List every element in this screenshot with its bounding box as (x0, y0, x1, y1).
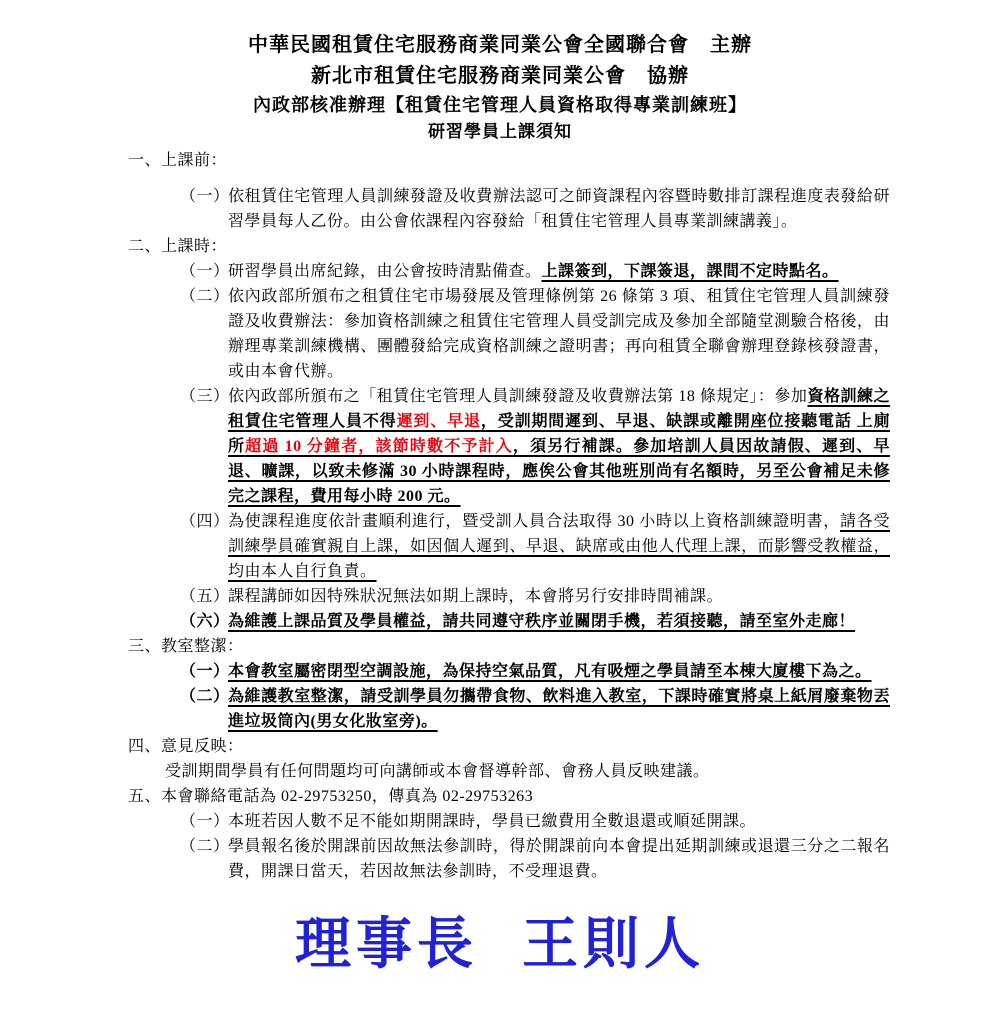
item-text: 學員報名後於開課前因故無法參訓時，得於開課前向本會提出延期訓練或退還三分之二報名… (228, 834, 890, 884)
text-segment: 課程講師如因特殊狀況無法如期上課時，本會將另行安排時間補課。 (228, 588, 723, 605)
section: 一、上課前：（一）依租賃住宅管理人員訓練發證及收費辦法認可之師資課程內容暨時數排… (0, 148, 1000, 234)
item-number: （二） (180, 834, 228, 884)
signature-title: 理事長 (295, 914, 478, 976)
text-segment: 依租賃住宅管理人員訓練發證及收費辦法認可之師資課程內容暨時數排訂課程進度表發給研… (228, 188, 890, 230)
section-paragraph: 受訓期間學員有任何問題均可向講師或本會督導幹部、會務人員反映建議。 (165, 759, 865, 784)
item-number: （三） (180, 384, 228, 509)
section: 四、意見反映：受訓期間學員有任何問題均可向講師或本會督導幹部、會務人員反映建議。 (0, 734, 1000, 784)
section-title: 教室整潔： (161, 638, 244, 655)
text-segment: 學員報名後於開課前因故無法參訓時，得於開課前向本會提出延期訓練或退還三分之二報名… (228, 838, 890, 880)
section-label: 四、 (128, 738, 161, 755)
item-text: 本班若因人數不足不能如期開課時，學員已繳費用全數退還或順延開課。 (228, 809, 890, 834)
item-number: （五） (180, 584, 228, 609)
text-segment: 依內政部所頒布之租賃住宅市場發展及管理條例第 26 條第 3 項、租賃住宅管理人… (228, 288, 890, 380)
text-segment: 研習學員出席紀錄，由公會按時清點備查。 (228, 263, 542, 280)
item-number: （二） (180, 284, 228, 384)
approved-class-title: 內政部核准辦理【租賃住宅管理人員資格取得專業訓練班】 (0, 92, 1000, 119)
text-segment: 為使課程進度依計畫順利進行，暨受訓人員合法取得 30 小時以上資格訓練證明書， (228, 513, 840, 530)
section-label: 三、 (128, 638, 161, 655)
section: 三、教室整潔：（一）本會教室屬密閉型空調設施，為保持空氣品質，凡有吸煙之學員請至… (0, 634, 1000, 734)
list-item: （二）為維護教室整潔，請受訓學員勿攜帶食物、飲料進入教室，下課時確實將桌上紙屑廢… (180, 684, 1000, 734)
text-segment: 上課簽到，下課簽退，課間不定時點名。 (542, 263, 839, 280)
section-title: 上課前： (161, 152, 227, 169)
item-number: （一） (180, 184, 228, 234)
text-segment: 依內政部所頒布之「租賃住宅管理人員訓練發證及收費辦法第 18 條規定」：參加 (228, 388, 807, 405)
text-segment: 超過 10 分鐘者，該節時數不予計入 (245, 438, 513, 455)
section-heading: 三、教室整潔： (128, 634, 1000, 659)
item-text: 本會教室屬密閉型空調設施，為保持空氣品質，凡有吸煙之學員請至本棟大廈樓下為之。 (228, 659, 890, 684)
notice-document: 中華民國租賃住宅服務商業同業公會全國聯合會 主辦 新北市租賃住宅服務商業同業公會… (0, 0, 1000, 1009)
text-segment: 本班若因人數不足不能如期開課時，學員已繳費用全數退還或順延開課。 (228, 813, 756, 830)
signature-line: 理事長王則人 (0, 910, 1000, 980)
list-item: （一）依租賃住宅管理人員訓練發證及收費辦法認可之師資課程內容暨時數排訂課程進度表… (180, 184, 1000, 234)
section-heading: 四、意見反映： (128, 734, 1000, 759)
list-item: （一）本班若因人數不足不能如期開課時，學員已繳費用全數退還或順延開課。 (180, 809, 1000, 834)
item-text: 依內政部所頒布之「租賃住宅管理人員訓練發證及收費辦法第 18 條規定」：參加資格… (228, 384, 890, 509)
co-organizer-line: 新北市租賃住宅服務商業同業公會 協辦 (0, 61, 1000, 92)
list-item: （五）課程講師如因特殊狀況無法如期上課時，本會將另行安排時間補課。 (180, 584, 1000, 609)
list-item: （三）依內政部所頒布之「租賃住宅管理人員訓練發證及收費辦法第 18 條規定」：參… (180, 384, 1000, 509)
text-segment: 遲到、早退 (397, 413, 481, 430)
item-text: 依內政部所頒布之租賃住宅市場發展及管理條例第 26 條第 3 項、租賃住宅管理人… (228, 284, 890, 384)
item-text: 為維護教室整潔，請受訓學員勿攜帶食物、飲料進入教室，下課時確實將桌上紙屑廢棄物丟… (228, 684, 890, 734)
item-number: （一） (180, 659, 228, 684)
item-text: 依租賃住宅管理人員訓練發證及收費辦法認可之師資課程內容暨時數排訂課程進度表發給研… (228, 184, 890, 234)
list-item: （二）依內政部所頒布之租賃住宅市場發展及管理條例第 26 條第 3 項、租賃住宅… (180, 284, 1000, 384)
item-text: 課程講師如因特殊狀況無法如期上課時，本會將另行安排時間補課。 (228, 584, 890, 609)
section-label: 一、 (128, 152, 161, 169)
list-item: （一）本會教室屬密閉型空調設施，為保持空氣品質，凡有吸煙之學員請至本棟大廈樓下為… (180, 659, 1000, 684)
item-text: 為維護上課品質及學員權益，請共同遵守秩序並關閉手機，若須接聽，請至室外走廊！ (228, 609, 890, 634)
section-heading: 二、上課時： (128, 234, 1000, 259)
text-segment: 本會教室屬密閉型空調設施，為保持空氣品質，凡有吸煙之學員請至本棟大廈樓下為之。 (228, 663, 872, 680)
item-text: 研習學員出席紀錄，由公會按時清點備查。上課簽到，下課簽退，課間不定時點名。 (228, 259, 890, 284)
item-number: （四） (180, 509, 228, 584)
signature-name: 王則人 (522, 914, 705, 976)
section-label: 二、 (128, 238, 161, 255)
notice-title: 研習學員上課須知 (0, 119, 1000, 144)
list-item: （一）研習學員出席紀錄，由公會按時清點備查。上課簽到，下課簽退，課間不定時點名。 (180, 259, 1000, 284)
list-item: （二）學員報名後於開課前因故無法參訓時，得於開課前向本會提出延期訓練或退還三分之… (180, 834, 1000, 884)
item-number: （一） (180, 809, 228, 834)
section-title: 上課時： (161, 238, 227, 255)
section: 五、本會聯絡電話為 02-29753250，傳真為 02-29753263（一）… (0, 784, 1000, 884)
section: 二、上課時：（一）研習學員出席紀錄，由公會按時清點備查。上課簽到，下課簽退，課間… (0, 234, 1000, 634)
organizer-line: 中華民國租賃住宅服務商業同業公會全國聯合會 主辦 (0, 30, 1000, 61)
document-header: 中華民國租賃住宅服務商業同業公會全國聯合會 主辦 新北市租賃住宅服務商業同業公會… (0, 30, 1000, 144)
item-number: （六） (180, 609, 228, 634)
item-text: 為使課程進度依計畫順利進行，暨受訓人員合法取得 30 小時以上資格訓練證明書，請… (228, 509, 890, 584)
section-title: 本會聯絡電話為 02-29753250，傳真為 02-29753263 (161, 788, 533, 805)
item-number: （一） (180, 259, 228, 284)
section-label: 五、 (128, 788, 161, 805)
section-title: 意見反映： (161, 738, 244, 755)
text-segment: 為維護上課品質及學員權益，請共同遵守秩序並關閉手機，若須接聽，請至室外走廊！ (228, 613, 855, 630)
notice-body: 一、上課前：（一）依租賃住宅管理人員訓練發證及收費辦法認可之師資課程內容暨時數排… (0, 148, 1000, 884)
item-number: （二） (180, 684, 228, 734)
text-segment: 為維護教室整潔，請受訓學員勿攜帶食物、飲料進入教室，下課時確實將桌上紙屑廢棄物丟… (228, 688, 890, 730)
list-item: （六）為維護上課品質及學員權益，請共同遵守秩序並關閉手機，若須接聽，請至室外走廊… (180, 609, 1000, 634)
section-heading: 五、本會聯絡電話為 02-29753250，傳真為 02-29753263 (128, 784, 1000, 809)
section-heading: 一、上課前： (128, 148, 1000, 173)
list-item: （四）為使課程進度依計畫順利進行，暨受訓人員合法取得 30 小時以上資格訓練證明… (180, 509, 1000, 584)
